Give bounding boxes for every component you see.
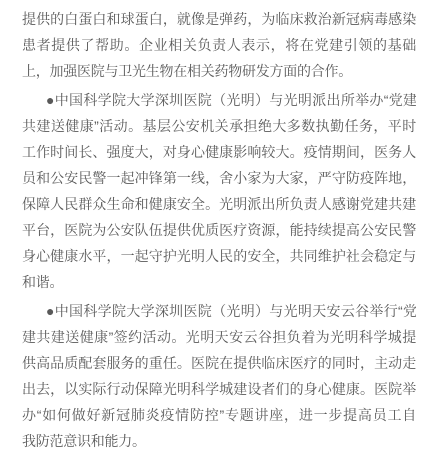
text-line: 共建送健康”活动。基层公安机关承担绝大多数执勤任务，平时 bbox=[22, 113, 416, 139]
article-text: 提供的白蛋白和球蛋白，就像是弹药，为临床救治新冠病毒感染患者提供了帮助。企业相关… bbox=[0, 0, 438, 449]
text-line: 出去，以实际行动保障光明科学城建设者们的身心健康。医院举 bbox=[22, 376, 416, 402]
text-line: 办“如何做好新冠肺炎疫情防控”专题讲座，进一步提高员工自 bbox=[22, 402, 416, 428]
text-line: 我防范意识和能力。 bbox=[22, 428, 416, 449]
text-line: 供高品质配套服务的重任。医院在提供临床医疗的同时，主动走 bbox=[22, 350, 416, 376]
bullet-paragraph: ●中国科学院大学深圳医院（光明）与光明派出所举办“党建共建送健康”活动。基层公安… bbox=[22, 87, 416, 295]
paragraph: 提供的白蛋白和球蛋白，就像是弹药，为临床救治新冠病毒感染患者提供了帮助。企业相关… bbox=[22, 6, 416, 84]
text-line: 提供的白蛋白和球蛋白，就像是弹药，为临床救治新冠病毒感染 bbox=[22, 6, 416, 32]
text-line: 和谐。 bbox=[22, 269, 416, 295]
text-line: 保障人民群众生命和健康安全。光明派出所负责人感谢党建共建 bbox=[22, 191, 416, 217]
text-line: ●中国科学院大学深圳医院（光明）与光明天安云谷举行“党 bbox=[22, 298, 416, 324]
text-line: 平台，医院为公安队伍提供优质医疗资源，能持续提高公安民警 bbox=[22, 217, 416, 243]
text-line: ●中国科学院大学深圳医院（光明）与光明派出所举办“党建 bbox=[22, 87, 416, 113]
text-line: 建共建送健康”签约活动。光明天安云谷担负着为光明科学城提 bbox=[22, 324, 416, 350]
bullet-paragraph: ●中国科学院大学深圳医院（光明）与光明天安云谷举行“党建共建送健康”签约活动。光… bbox=[22, 298, 416, 449]
text-line: 身心健康水平，一起守护光明人民的安全，共同维护社会稳定与 bbox=[22, 243, 416, 269]
text-line: 患者提供了帮助。企业相关负责人表示，将在党建引领的基础 bbox=[22, 32, 416, 58]
text-line: 员和公安民警一起冲锋第一线，舍小家为大家，严守防疫阵地， bbox=[22, 165, 416, 191]
page: { "page": { "background_color": "#ffffff… bbox=[0, 0, 438, 449]
text-line: 上，加强医院与卫光生物在相关药物研发方面的合作。 bbox=[22, 58, 416, 84]
text-line: 工作时间长、强度大，对身心健康影响较大。疫情期间，医务人 bbox=[22, 139, 416, 165]
